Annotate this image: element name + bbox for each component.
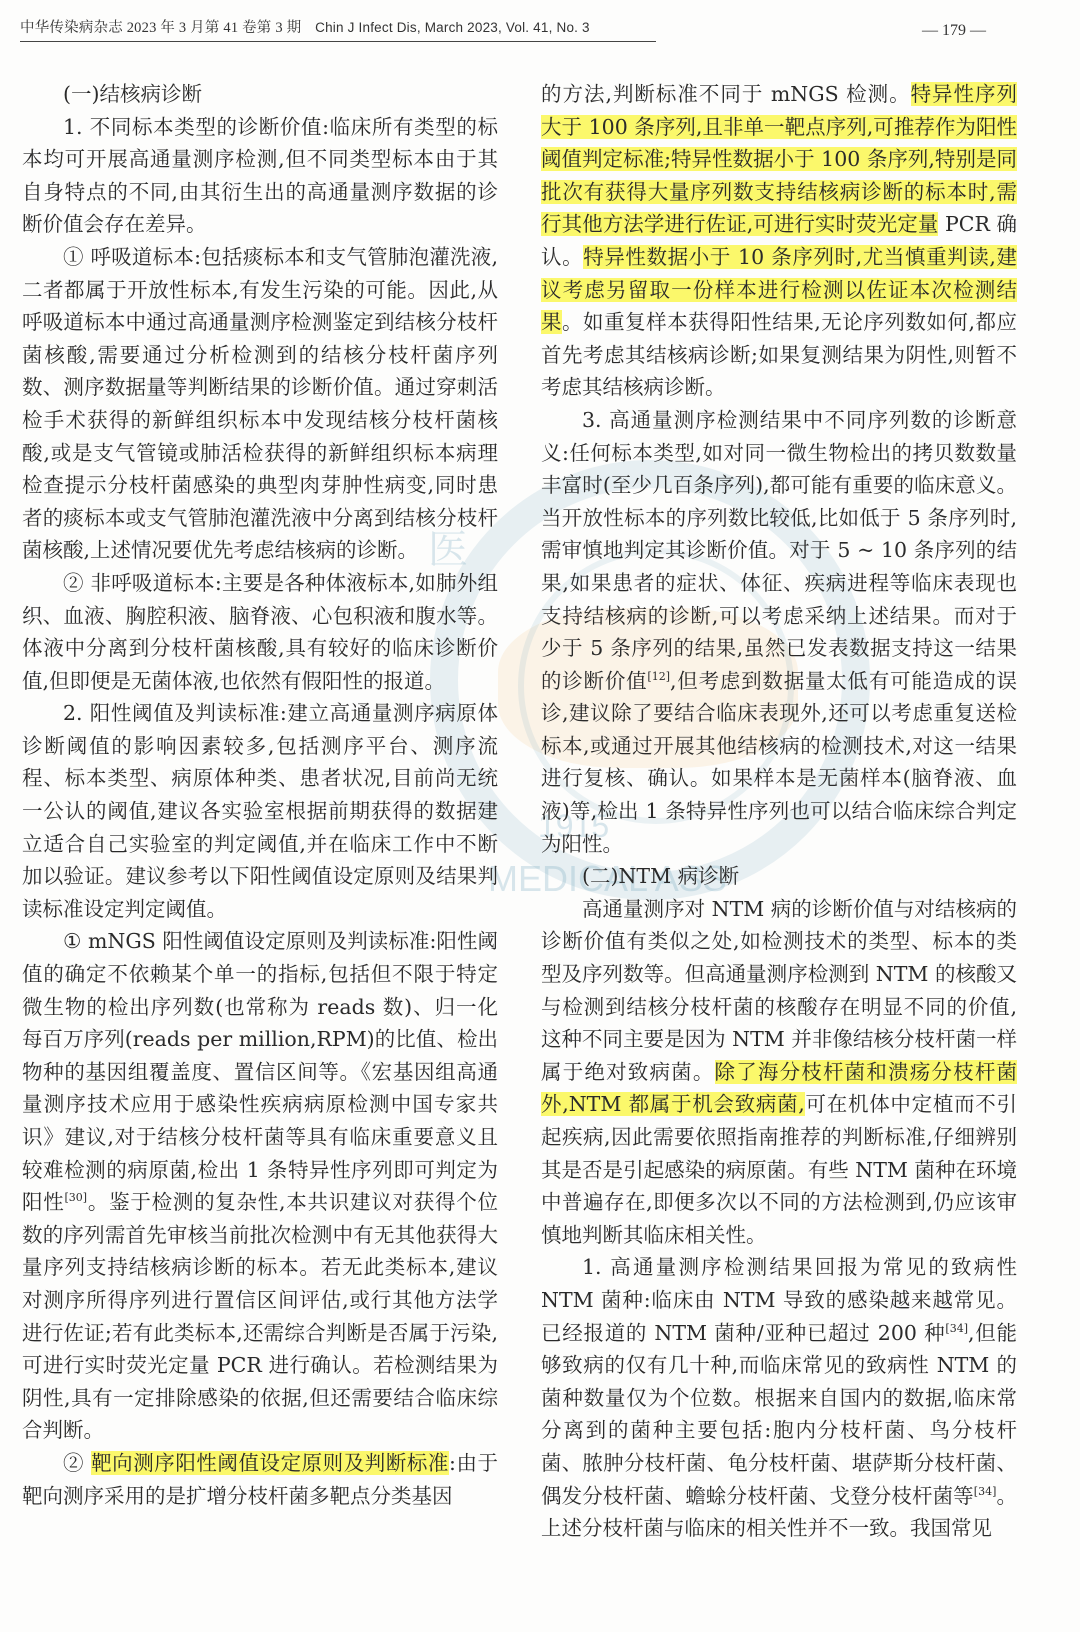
targeted-prefix: ②	[63, 1451, 91, 1475]
running-header: 中华传染病杂志 2023 年 3 月第 41 卷第 3 期 Chin J Inf…	[20, 16, 656, 42]
left-column: (一)结核病诊断 1. 不同标本类型的诊断价值:临床所有类型的标本均可开展高通量…	[22, 78, 498, 1512]
section-title-ntm: (二)NTM 病诊断	[541, 860, 1017, 893]
mngs-text: ① mNGS 阳性阈值设定原则及判读标准:阳性阈值的确定不依赖某个单一的指标,包…	[22, 929, 498, 1214]
ntm-species-list: ,但能够致病的仅有几十种,而临床常见的致病性 NTM 的菌种数量仅为个位数。根据…	[541, 1321, 1017, 1508]
paragraph-ntm-species: 1. 高通量测序检测结果回报为常见的致病性 NTM 菌种:临床由 NTM 导致的…	[541, 1251, 1017, 1544]
targeted-cont-text: 的方法,判断标准不同于 mNGS 检测。	[541, 82, 911, 106]
paragraph-threshold: 2. 阳性阈值及判读标准:建立高通量测序病原体诊断阈值的影响因素较多,包括测序平…	[22, 697, 498, 925]
citation-34a[interactable]: [34]	[945, 1322, 968, 1335]
paragraph-respiratory: ① 呼吸道标本:包括痰标本和支气管肺泡灌洗液,二者都属于开放性标本,有发生污染的…	[22, 241, 498, 567]
paragraph-targeted: ② 靶向测序阳性阈值设定原则及判断标准:由于靶向测序采用的是扩增分枝杆菌多靶点分…	[22, 1447, 498, 1512]
citation-12[interactable]: [12]	[647, 670, 670, 683]
retest-text: 。如重复样本获得阳性结果,无论序列数如何,都应首先考虑其结核病诊断;如果复测结果…	[541, 310, 1017, 399]
journal-title-cn: 中华传染病杂志 2023 年 3 月第 41 卷第 3 期	[20, 20, 301, 36]
page-number: — 179 —	[922, 22, 986, 40]
paragraph-non-respiratory: ② 非呼吸道标本:主要是各种体液标本,如肺外组织、血液、胸腔积液、脑脊液、心包积…	[22, 567, 498, 697]
paragraph-specimen-types: 1. 不同标本类型的诊断价值:临床所有类型的标本均可开展高通量测序检测,但不同类…	[22, 111, 498, 241]
citation-30[interactable]: [30]	[65, 1191, 88, 1204]
paragraph-read-counts: 3. 高通量测序检测结果中不同序列数的诊断意义:任何标本类型,如对同一微生物检出…	[541, 404, 1017, 860]
ntm-intro-text: 高通量测序对 NTM 病的诊断价值与对结核病的诊断价值有类似之处,如检测技术的类…	[541, 897, 1017, 1084]
highlight-targeted-title: 靶向测序阳性阈值设定原则及判断标准	[91, 1451, 449, 1475]
paragraph-targeted-cont: 的方法,判断标准不同于 mNGS 检测。特异性序列大于 100 条序列,且非单一…	[541, 78, 1017, 404]
paragraph-ntm-intro: 高通量测序对 NTM 病的诊断价值与对结核病的诊断价值有类似之处,如检测技术的类…	[541, 893, 1017, 1252]
read-counts-text-cont: ,但考虑到数据量太低有可能造成的误诊,建议除了要结合临床表现外,还可以考虑重复送…	[541, 669, 1017, 856]
right-column: 的方法,判断标准不同于 mNGS 检测。特异性序列大于 100 条序列,且非单一…	[541, 78, 1017, 1545]
journal-title-en: Chin J Infect Dis, March 2023, Vol. 41, …	[315, 20, 590, 35]
paragraph-mngs: ① mNGS 阳性阈值设定原则及判读标准:阳性阈值的确定不依赖某个单一的指标,包…	[22, 925, 498, 1447]
citation-34b[interactable]: [34]	[974, 1485, 997, 1498]
mngs-text-cont: 。鉴于检测的复杂性,本共识建议对获得个位数的序列需首先审核当前批次检测中有无其他…	[22, 1190, 498, 1442]
section-title-tb: (一)结核病诊断	[22, 78, 498, 111]
read-counts-text: 3. 高通量测序检测结果中不同序列数的诊断意义:任何标本类型,如对同一微生物检出…	[541, 408, 1017, 693]
